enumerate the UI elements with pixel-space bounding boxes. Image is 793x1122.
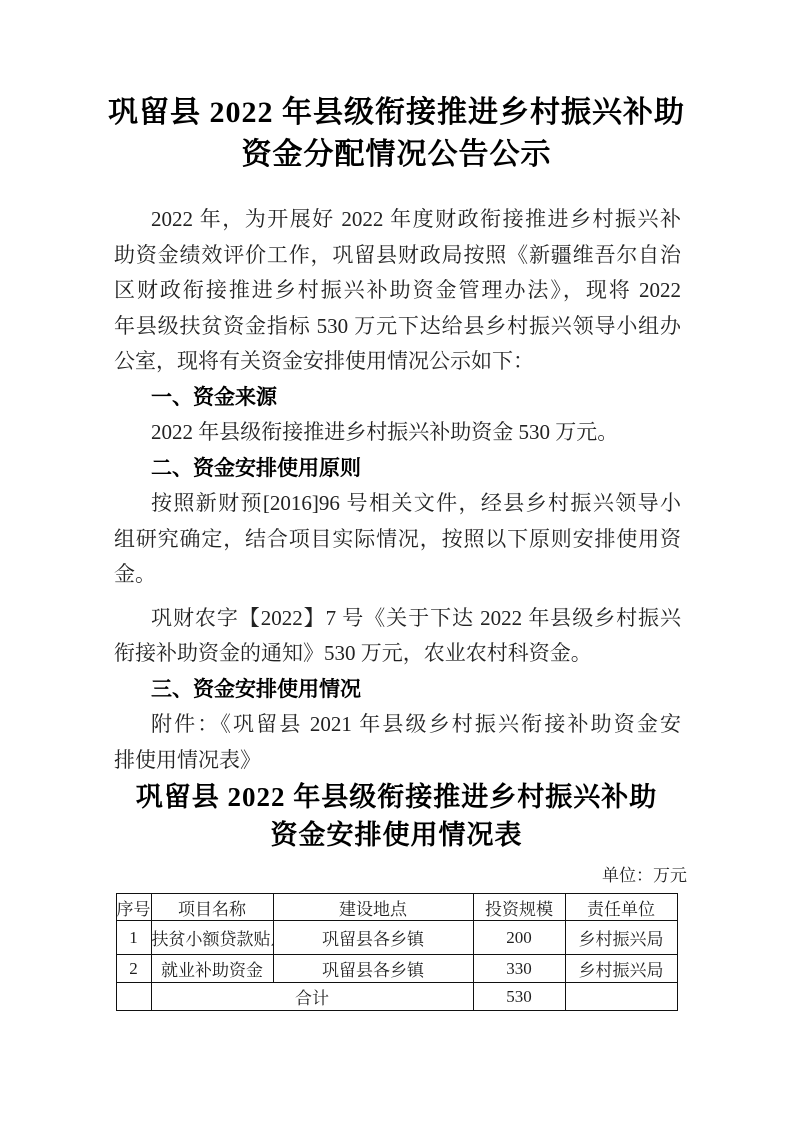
cell-project: 就业补助资金 <box>151 955 273 983</box>
attachment-table-title-line2: 资金安排使用情况表 <box>0 816 793 854</box>
cell-investment: 330 <box>473 955 565 983</box>
document-title: 巩留县 2022 年县级衔接推进乡村振兴补助 资金分配情况公告公示 <box>0 0 793 176</box>
body-line-15: 附件：《巩留县 2021 年县级乡村振兴衔接补助资金安 <box>114 707 681 743</box>
body-line-7: 2022 年县级衔接推进乡村振兴补助资金 530 万元。 <box>114 415 681 451</box>
attachment-table-title: 巩留县 2022 年县级衔接推进乡村振兴补助 资金安排使用情况表 <box>0 778 793 854</box>
cell-responsible: 乡村振兴局 <box>565 955 677 983</box>
allocation-table: 序号 项目名称 建设地点 投资规模 责任单位 1 扶贫小额贷款贴息 巩留县各乡镇… <box>116 893 678 1011</box>
table-total-row: 合计 530 <box>116 983 677 1011</box>
section-heading-usage-situation: 三、资金安排使用情况 <box>114 672 681 708</box>
body-line-5: 公室，现将有关资金安排使用情况公示如下： <box>114 344 681 380</box>
col-header-seq: 序号 <box>116 894 151 921</box>
cell-project: 扶贫小额贷款贴息 <box>151 921 273 955</box>
cell-seq: 1 <box>116 921 151 955</box>
total-seq-cell-empty <box>116 983 151 1011</box>
cell-location: 巩留县各乡镇 <box>273 921 473 955</box>
body-line-3: 区财政衔接推进乡村振兴补助资金管理办法》，现将 2022 <box>114 273 681 309</box>
col-header-location: 建设地点 <box>273 894 473 921</box>
document-body: 2022 年，为开展好 2022 年度财政衔接推进乡村振兴补 助资金绩效评价工作… <box>114 202 681 778</box>
body-line-12: 巩财农字【2022】7 号《关于下达 2022 年县级乡村振兴 <box>114 601 681 637</box>
unit-note: 单位：万元 <box>0 861 687 886</box>
section-heading-usage-principles: 二、资金安排使用原则 <box>114 451 681 487</box>
document-title-line1: 巩留县 2022 年县级衔接推进乡村振兴补助 <box>0 92 793 134</box>
body-line-11: 金。 <box>114 557 681 593</box>
cell-responsible: 乡村振兴局 <box>565 921 677 955</box>
col-header-investment: 投资规模 <box>473 894 565 921</box>
document-page: 巩留县 2022 年县级衔接推进乡村振兴补助 资金分配情况公告公示 2022 年… <box>0 0 793 1122</box>
section-heading-funding-source: 一、资金来源 <box>114 380 681 416</box>
body-line-4: 年县级扶贫资金指标 530 万元下达给县乡村振兴领导小组办 <box>114 309 681 345</box>
table-row: 2 就业补助资金 巩留县各乡镇 330 乡村振兴局 <box>116 955 677 983</box>
table-row: 1 扶贫小额贷款贴息 巩留县各乡镇 200 乡村振兴局 <box>116 921 677 955</box>
cell-investment: 200 <box>473 921 565 955</box>
body-line-9: 按照新财预[2016]96 号相关文件，经县乡村振兴领导小 <box>114 486 681 522</box>
table-header-row: 序号 项目名称 建设地点 投资规模 责任单位 <box>116 894 677 921</box>
body-line-10: 组研究确定，结合项目实际情况，按照以下原则安排使用资 <box>114 522 681 558</box>
total-investment-cell: 530 <box>473 983 565 1011</box>
total-label-cell: 合计 <box>151 983 473 1011</box>
body-line-2: 助资金绩效评价工作，巩留县财政局按照《新疆维吾尔自治 <box>114 238 681 274</box>
cell-location: 巩留县各乡镇 <box>273 955 473 983</box>
body-line-16: 排使用情况表》 <box>114 743 681 779</box>
body-line-13: 衔接补助资金的通知》530 万元，农业农村科资金。 <box>114 636 681 672</box>
col-header-responsible: 责任单位 <box>565 894 677 921</box>
body-line-1: 2022 年，为开展好 2022 年度财政衔接推进乡村振兴补 <box>114 202 681 238</box>
cell-seq: 2 <box>116 955 151 983</box>
total-responsible-cell-empty <box>565 983 677 1011</box>
document-title-line2: 资金分配情况公告公示 <box>0 134 793 176</box>
attachment-table-title-line1: 巩留县 2022 年县级衔接推进乡村振兴补助 <box>0 778 793 816</box>
col-header-project: 项目名称 <box>151 894 273 921</box>
